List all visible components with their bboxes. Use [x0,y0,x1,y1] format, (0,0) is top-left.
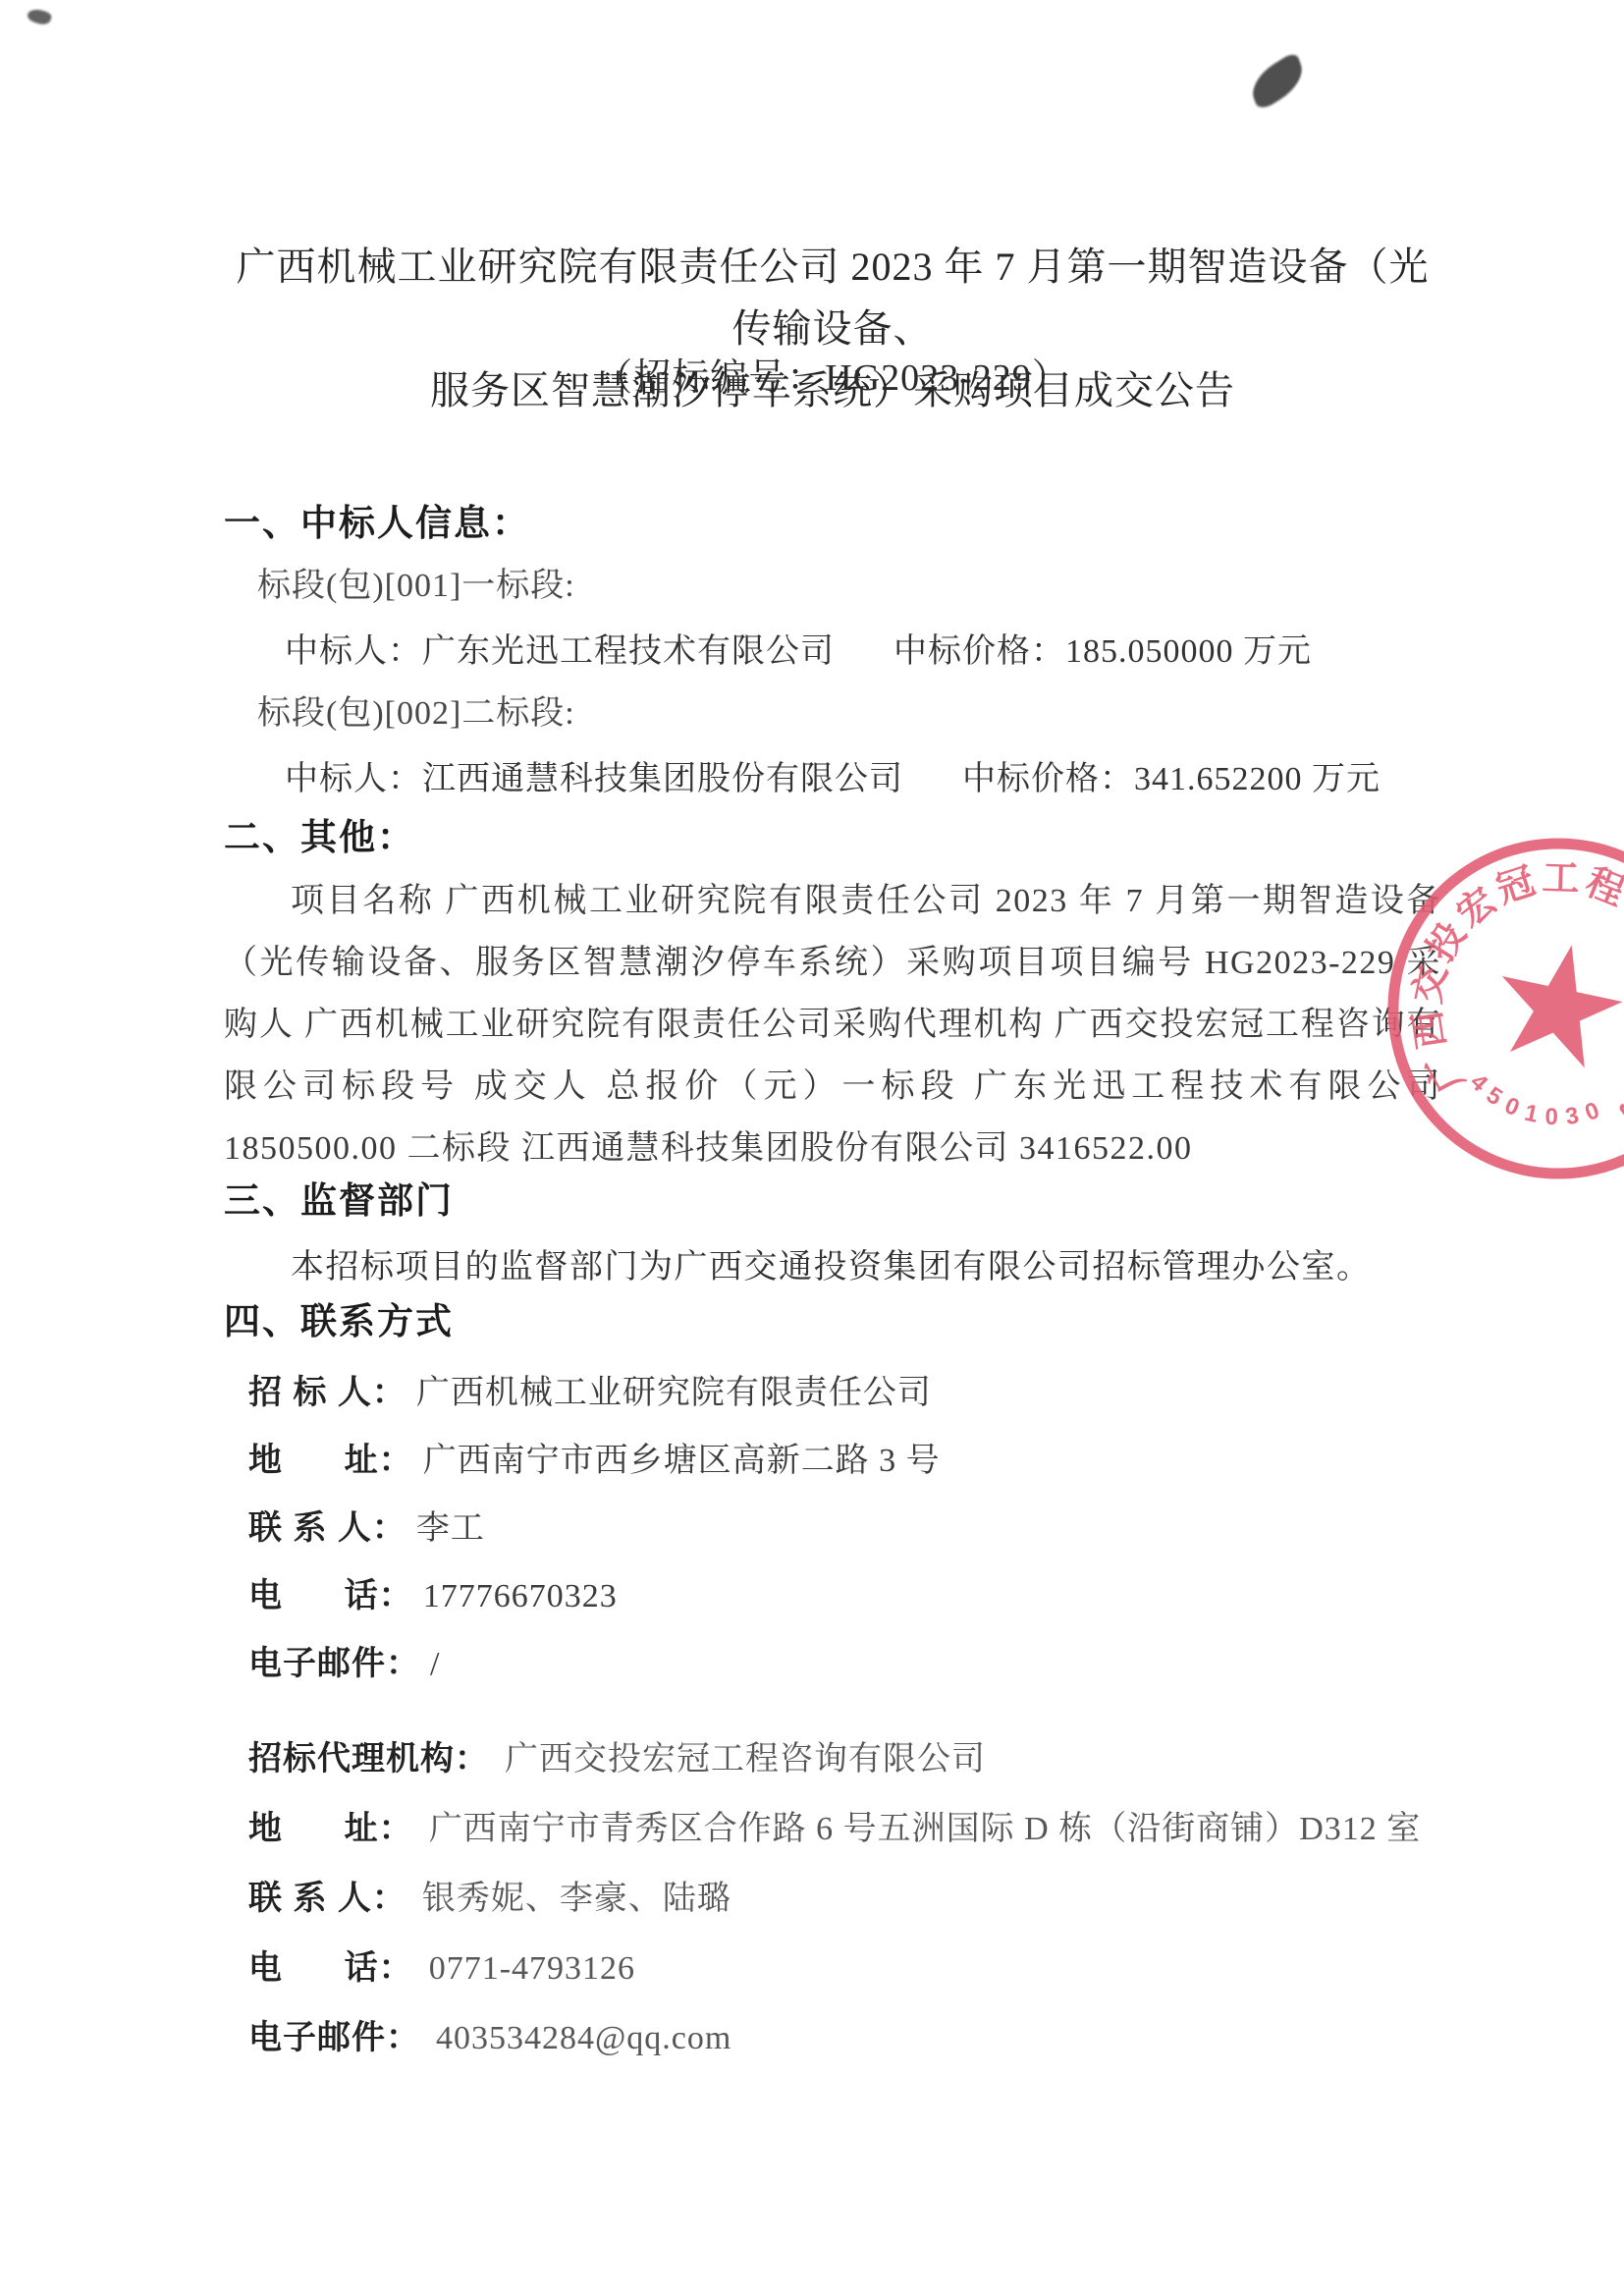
tenderer-contact-block: 招 标 人：广西机械工业研究院有限责任公司 地 址：广西南宁市西乡塘区高新二路 … [224,1362,1441,1701]
field-value: 银秀妮、李豪、陆璐 [422,1881,731,1917]
tenderer-email-row: 电子邮件：/ [248,1633,1441,1701]
lot-002-label: 标段(包)[002]二标段: [257,695,575,732]
field-label: 招标代理机构： [248,1740,489,1777]
field-label: 电 话： [248,1949,413,1987]
field-label: 联 系 人： [248,1509,406,1547]
field-label: 电子邮件： [248,1645,420,1682]
agency-name-row: 招标代理机构：广西交投宏冠工程咨询有限公司 [248,1727,1441,1797]
field-value: 广西南宁市青秀区合作路 6 号五洲国际 D 栋（沿街商铺）D312 室 [429,1811,1422,1847]
field-value: 广西机械工业研究院有限责任公司 [416,1375,932,1411]
field-label: 招 标 人： [248,1374,406,1411]
winner-name: 广东光迅工程技术有限公司 [422,633,835,670]
scan-artifact-top-left [26,7,52,27]
official-seal-stamp: 广西交投宏冠工程咨询有限公司 4501030 [1303,753,1624,1264]
seal-star-icon [1487,932,1624,1072]
tenderer-name-row: 招 标 人：广西机械工业研究院有限责任公司 [248,1362,1441,1430]
field-value: 广西南宁市西乡塘区高新二路 3 号 [423,1443,941,1479]
tenderer-phone-row: 电 话：17776670323 [248,1565,1441,1633]
seal-code-digits: 4501030 [1460,1066,1616,1143]
lot-001-label: 标段(包)[001]一标段: [257,568,575,604]
agency-email-row: 电子邮件：403534284@qq.com [248,2006,1441,2076]
field-value: 李工 [416,1510,485,1547]
tenderer-address-row: 地 址：广西南宁市西乡塘区高新二路 3 号 [248,1430,1441,1498]
lot-002-winner-line: 中标人：江西通慧科技集团股份有限公司中标价格：341.652200 万元 [285,761,1380,797]
tender-number: （招标编号：HG2023-229） [224,355,1441,401]
supervision-paragraph: 本招标项目的监督部门为广西交通投资集团有限公司招标管理办公室。 [224,1236,1441,1298]
field-value: 17776670323 [423,1578,618,1614]
lot-001-winner-line: 中标人：广东光迅工程技术有限公司中标价格：185.050000 万元 [285,633,1312,670]
field-label: 地 址： [248,1442,413,1479]
field-value: / [430,1646,440,1682]
field-value: 广西交投宏冠工程咨询有限公司 [505,1741,986,1777]
winner-name: 江西通慧科技集团股份有限公司 [422,761,903,797]
scan-artifact-top-right [1247,50,1307,112]
price-value: 185.050000 万元 [1065,633,1312,670]
agency-contact-person-row: 联 系 人：银秀妮、李豪、陆璐 [248,1867,1441,1937]
section-heading-contact: 四、联系方式 [224,1298,1441,1345]
other-details-paragraph: 项目名称 广西机械工业研究院有限责任公司 2023 年 7 月第一期智造设备（光… [224,870,1441,1179]
field-value: 403534284@qq.com [436,2020,731,2056]
field-label: 电子邮件： [248,2019,420,2056]
field-label: 联 系 人： [248,1880,406,1917]
price-label: 中标价格： [893,633,1065,670]
title-line-1: 广西机械工业研究院有限责任公司 2023 年 7 月第一期智造设备（光传输设备、 [224,236,1441,359]
tenderer-contact-person-row: 联 系 人：李工 [248,1498,1441,1565]
agency-address-row: 地 址：广西南宁市青秀区合作路 6 号五洲国际 D 栋（沿街商铺）D312 室 [248,1797,1441,1867]
agency-contact-block: 招标代理机构：广西交投宏冠工程咨询有限公司 地 址：广西南宁市青秀区合作路 6 … [224,1727,1441,2076]
section-heading-winners: 一、中标人信息： [224,500,1441,547]
section-heading-other: 二、其他： [224,814,1441,861]
field-label: 地 址： [248,1810,413,1847]
svg-text:4501030: 4501030 [1460,1066,1616,1143]
agency-phone-row: 电 话：0771-4793126 [248,1937,1441,2006]
document-page: 广西机械工业研究院有限责任公司 2023 年 7 月第一期智造设备（光传输设备、… [0,0,1624,2296]
price-label: 中标价格： [962,761,1134,797]
section-heading-supervision: 三、监督部门 [224,1177,1441,1225]
field-value: 0771-4793126 [429,1950,635,1987]
field-label: 电 话： [248,1577,413,1614]
winner-label: 中标人： [285,633,422,670]
winner-label: 中标人： [285,761,422,797]
